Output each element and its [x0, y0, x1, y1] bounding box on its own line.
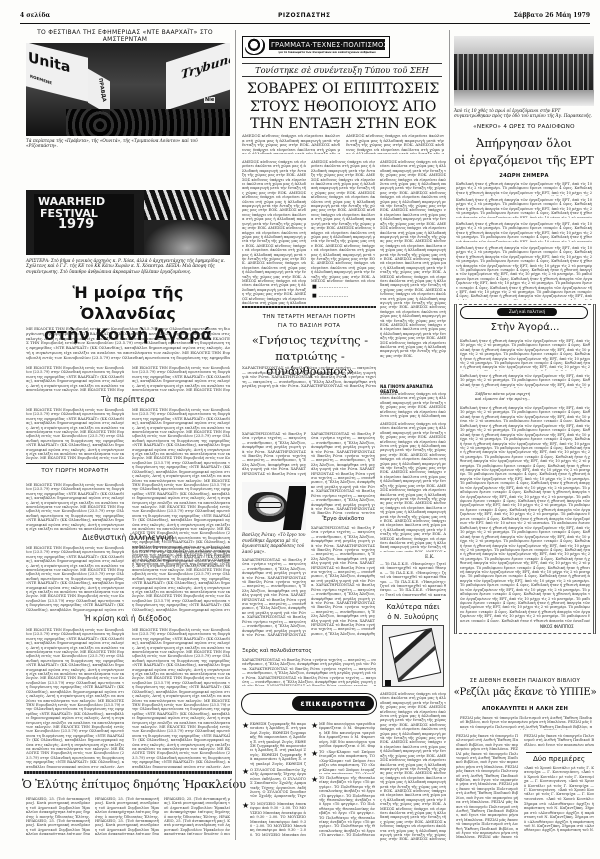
rota-kicker: ΤΗΝ ΤΕΤΑΡΤΗ ΜΕΓΑΛΗ ΓΙΟΡΤΗ ΓΙΑ ΤΟ ΒΑΣΙΛΗ …: [242, 313, 376, 331]
article-body: ΜΕ ΕΚΛΟΓΕΣ ΤΗΝ Ευρωβουλή εντός των Κοινο…: [132, 408, 230, 566]
festival-hall-photo: Unita ROEMENE ПРАВДА Trybuna Nie: [26, 43, 230, 136]
elytis-headline: Ὁ Ἐλύτης ἐπίτιμος δημότης Ἡρακλείου: [22, 777, 234, 791]
book-lead: ΡΕΖΙΛΙ μᾶς ἔκανε τὸ ὑπουργεῖο Πολιτισμοῦ…: [460, 716, 592, 730]
ert-body: Καθολικὴ ἦταν ἡ χθεσινὴ ἀπεργία τῶν ἐργα…: [456, 222, 592, 242]
drama-body: ΑΜΕΣΟΣ κίνδυνος ὑπάρχει νὰ εἰσρεύσει ἀκώ…: [380, 392, 446, 418]
elytis-body: ΗΡΑΚΛΕΙΟ, 25. (Τοῦ ἀνταποκριτῆ μας). Κατ…: [95, 797, 159, 835]
event-item: ★ Ο ΣΥΛΛΟΓΟΣ Σπουδαστῶν Σχολῆς Δραματικῆ…: [242, 768, 306, 802]
bullet-note: ■ ………………: [312, 283, 374, 292]
street: [454, 90, 594, 106]
event-item: ★ ΤΟ ΜΟΥΣΕΙΟ Μπενάκη ἐπισκέψιμο ἀπὸ 9.30…: [242, 802, 306, 836]
star-icon: ★: [242, 802, 249, 810]
rota-body: ΧΑΡΑΚΤΗΡΙΖΟΝΤΑΣ τὸ Βασίλη Ρώτα «γνήσιο τ…: [242, 658, 376, 686]
culture-section-banner: ΓΡΑΜΜΑΤΑ·ΤΕΧΝΕΣ·ΠΟΛΙΤΙΣΜΟΣ για τα δικαιώ…: [242, 36, 390, 58]
byline: ΤΟΥ ΓΙΩΡΓΗ ΜΟΡΑΦΤΗ: [26, 468, 124, 474]
column-body: Καθολικὴ ἦταν ἡ χθεσινὴ ἀπεργία τῶν ἐργα…: [460, 374, 590, 388]
subhead-solidarity: Διεθνιστικὴ ἀλληλεγγύη: [26, 533, 230, 542]
rota-body: ΧΑΡΑΚΤΗΡΙΖΟΝΤΑΣ τὸ Βασίλη Ρώτα «γνήσιο τ…: [242, 432, 306, 476]
rota-body: ΧΑΡΑΚΤΗΡΙΖΟΝΤΑΣ τὸ Βασίλη Ρώτα «γνήσιο τ…: [311, 526, 375, 636]
star-icon: ★: [242, 768, 249, 776]
seh-lead: ΑΜΕΣΟΣ κίνδυνος ὑπάρχει νὰ εἰσρεύσει ἀκώ…: [346, 134, 444, 154]
page-number: 4 σελίδα: [20, 12, 50, 19]
signature: Ε.Κ.: [425, 555, 435, 560]
drama-body: ΑΜΕΣΟΣ κίνδυνος ὑπάρχει νὰ εἰσρεύσει ἀκώ…: [380, 422, 446, 552]
headline-line-1: «Γνήσιος τεχνίτης -: [240, 333, 380, 349]
event-item: ★ ΤΟ Πολυθέατρο τῆς Θεσσαλονίκης ἀνεβάζε…: [311, 776, 375, 836]
seh-lead: ΑΜΕΣΟΣ κίνδυνος ὑπάρχει νὰ εἰσρεύσει ἀκώ…: [242, 134, 340, 154]
star-icon: ★: [311, 776, 318, 784]
ert-strike-photo: [454, 36, 594, 106]
xylouris-headline: Καλύτερα πάει ὁ Ν. Ξυλούρης: [380, 602, 446, 621]
rota-portrait-photo: [242, 482, 306, 530]
column-body: Καθολικὴ ἦταν ἡ χθεσινὴ ἀπεργία τῶν ἐργα…: [460, 406, 590, 422]
seh-body: ΑΜΕΣΟΣ κίνδυνος ὑπάρχει νὰ εἰσρεύσει ἀκώ…: [311, 160, 375, 282]
ert-kicker: «ΝΕΚΡΟ» 4 ΩΡΕΣ ΤΟ ΡΑΔΙΟΦΩΝΟ: [454, 124, 594, 130]
seh-headline: ΣΟΒΑΡΕΣ ΟΙ ΕΠΙΠΤΩΣΕΙΣ ΣΤΟΥΣ ΗΘΟΠΟΙΟΥΣ ΑΠ…: [240, 81, 446, 134]
seh-body: ΑΜΕΣΟΣ κίνδυνος ὑπάρχει νὰ εἰσρεύσει ἀκώ…: [242, 160, 306, 305]
column-rule: [449, 30, 450, 840]
photo-caption-festival: ΑΡΙΣΤΕΡΑ: Στὸ βῆμα ὁ γενικὸς ἀρχηγὸς κ. …: [26, 258, 230, 274]
column-pill: Ζωὴ καὶ πολιτική: [460, 306, 588, 319]
seh-kicker: Τονίστηκε σὲ συνέντευξη Τύπου τοῦ ΣΕΗ: [242, 63, 442, 77]
subhead-crisis: Ἡ κρίση καὶ ἡ διέξοδος: [26, 614, 230, 623]
rota-photo-caption: Βασίλης Ρώτας: «Τὸ ἔργο του συνδέθηκε ἄρ…: [242, 532, 306, 554]
ert-body: Καθολικὴ ἦταν ἡ χθεσινὴ ἀπεργία τῶν ἐργα…: [456, 198, 592, 218]
section-tagline: για τα δικαιώματα των πνευματικών και κα…: [269, 51, 385, 54]
seh-note: ■ ……………… ■ ………………: [312, 283, 374, 301]
headline-line-2: ΣΤΟΥΣ ΗΘΟΠΟΙΟΥΣ ΑΠΟ: [240, 99, 446, 117]
record-cover-photo: [382, 625, 444, 687]
headline-line-1: ΣΟΒΑΡΕΣ ΟΙ ΕΠΙΠΤΩΣΕΙΣ: [240, 81, 446, 99]
headline-line-1: Καλύτερα πάει: [380, 602, 446, 612]
headline-line-1: Ἀπήργησαν ὅλοι: [452, 135, 596, 152]
byline-rule: [26, 463, 124, 464]
article-body: ΜΕ ΕΚΛΟΓΕΣ ΤΗΝ Ευρωβουλή εντός των Κοινο…: [132, 628, 230, 768]
elytis-body: ΗΡΑΚΛΕΙΟ, 25. (Τοῦ ἀνταποκριτῆ μας). Κατ…: [164, 797, 230, 835]
bullet-note: ■ ………………: [312, 292, 374, 301]
book-subhead: ΑΠΟΚΑΛΥΠΤΕΙ Η ΑΛΚΗ ΖΕΗ: [454, 706, 596, 712]
subhead-pavilions: Τὰ περίπτερα: [26, 395, 230, 404]
article-body: ΜΕ ΕΚΛΟΓΕΣ ΤΗΝ Ευρωβουλή εντός των Κοινο…: [26, 408, 124, 460]
column-signature: ΝΙΚΟΣ ΦΙΛΙΠΠΟΣ: [540, 624, 574, 629]
kicker-line-1: ΤΗΝ ΤΕΤΑΡΤΗ ΜΕΓΑΛΗ ΓΙΟΡΤΗ: [242, 313, 376, 322]
rota-body: ΧΑΡΑΚΤΗΡΙΖΟΝΤΑΣ τὸ Βασίλη Ρώτα «γνήσιο τ…: [242, 558, 306, 636]
article-body: ΜΕ ΕΚΛΟΓΕΣ ΤΗΝ Ευρωβουλή εντός των Κοινο…: [26, 366, 124, 392]
section-title: ΓΡΑΜΜΑΤΑ·ΤΕΧΝΕΣ·ΠΟΛΙΤΙΣΜΟΣ: [269, 39, 385, 50]
premiere-item: Σήμερα στὸ «Αλσοθέατρο» ἀρχίζει ἡ παράστ…: [524, 802, 594, 832]
rota-lead: ΧΑΡΑΚΤΗΡΙΖΟΝΤΑΣ τὸ Βασίλη Ρώτα «γνήσιο τ…: [242, 366, 376, 388]
album-cover: [389, 628, 442, 682]
crowd: [454, 54, 594, 90]
festival-kicker: ΤΟ ΦΕΣΤΙΒΑΛ ΤΗΣ ΕΦΗΜΕΡΙΔΑΣ «ΝΤΕ ΒΑΑΡΧΑΪΤ…: [25, 29, 225, 43]
subhead-multidimensional: Ξερὸς καὶ πολυδιάστατος: [242, 648, 332, 654]
column-body: Καθολικὴ ἦταν ἡ χθεσινὴ ἀπεργία τῶν ἐργα…: [460, 339, 590, 371]
event-item: ★ ΕΚΘΕΣΗ ζωγραφικῆς θὰ παρουσιάσει ἡ Ἀρι…: [242, 722, 306, 768]
article-body: ΜΕ ΕΚΛΟΓΕΣ ΤΗΝ Ευρωβουλή εντός των Κοινο…: [26, 628, 124, 768]
events-banner-label: επικαιροτητα: [292, 696, 374, 711]
book-headline: «Ρεζίλι μᾶς ἔκανε τὸ ΥΠΠΕ»: [452, 688, 598, 699]
photo-marker: [385, 680, 391, 686]
kicker-line-2: ΓΙΑ ΤΟ ΒΑΣΙΛΗ ΡΟΤΑ: [242, 322, 376, 331]
column-pill-label: Ζωὴ καὶ πολιτική: [497, 308, 557, 316]
poem-line: καὶ εἴμαστε ἀπ' τὴν πρώτη...: [475, 396, 585, 401]
premieres-head: Δύο πρεμιέρες: [524, 754, 594, 763]
article-body: ΜΕ ΕΚΛΟΓΕΣ ΤΗΝ Ευρωβουλή εντός των Κοινο…: [26, 483, 124, 531]
sign-line-year: 1979: [38, 219, 105, 231]
xylouris-body: ΑΜΕΣΟΣ κίνδυνος ὑπάρχει νὰ εἰσρεύσει ἀκώ…: [380, 692, 446, 842]
ert-subhead: 24ΩΡΗ ΣΗΜΕΡΑ: [454, 173, 594, 179]
section-divider: [526, 752, 592, 753]
netherlands-intro: ΜΕ ΕΚΛΟΓΕΣ ΤΗΝ Ευρωβουλή εντός των Κοινο…: [26, 327, 230, 360]
waarheid-festival-photo: WAARHEID FESTIVAL 1979: [26, 190, 230, 255]
star-icon: ★: [311, 722, 318, 730]
headline-line-3: ΤΗΝ ΕΝΤΑΞΗ ΣΤΗΝ ΕΟΚ: [240, 116, 446, 134]
column-body: Καθολικὴ ἦταν ἡ χθεσινὴ ἀπεργία τῶν ἐργα…: [460, 526, 590, 622]
events-banner: επικαιροτητα: [241, 693, 377, 715]
issue-date: Σάββατο 26 Μάη 1979: [514, 12, 590, 19]
headline-line-2: ὁ Ν. Ξυλούρης: [380, 612, 446, 622]
column-poem: Σάββατο πάντα μέρα σφιχτή καὶ εἴμαστε ἀπ…: [475, 391, 585, 401]
column-body: Καθολικὴ ἦταν ἡ χθεσινὴ ἀπεργία τῶν ἐργα…: [460, 424, 590, 524]
pasok-note: — Τὸ ΠΑ.Σ.Κ.Ε. «Ἠπειρώτης» ζητεῖ νὰ ὑποσ…: [380, 562, 446, 596]
seh-body: ΑΜΕΣΟΣ κίνδυνος ὑπάρχει νὰ εἰσρεύσει ἀκώ…: [380, 160, 446, 380]
section-divider: [242, 306, 376, 308]
events-list-right: ★ ΜΕ δύο καινούργια τραγούδια ἐμφανίζετα…: [311, 722, 375, 836]
sign-line-waarheid: WAARHEID: [38, 196, 105, 208]
section-divider: [385, 599, 441, 600]
ert-body: Καθολικὴ ἦταν ἡ χθεσινὴ ἀπεργία τῶν ἐργα…: [456, 246, 592, 300]
article-body: ΜΕ ΕΚΛΟΓΕΣ ΤΗΝ Ευρωβουλή εντός των Κοινο…: [132, 366, 230, 392]
events-list-left: ★ ΕΚΘΕΣΗ ζωγραφικῆς θὰ παρουσιάσει ἡ Ἀρι…: [242, 722, 306, 836]
section-divider: [24, 771, 232, 774]
article-body: ΜΕ ΕΚΛΟΓΕΣ ΤΗΝ Ευρωβουλή εντός των Κοινο…: [26, 546, 124, 612]
rota-body: ΧΑΡΑΚΤΗΡΙΖΟΝΤΑΣ τὸ Βασίλη Ρώτα «γνήσιο τ…: [311, 432, 375, 514]
column-rule: [235, 30, 236, 840]
ert-headline: Ἀπήργησαν ὅλοι οἱ ἐργαζόμενοι τῆς ΕΡΤ: [452, 135, 596, 169]
star-icon: ★: [311, 750, 318, 758]
portrait-shoulder: [283, 486, 306, 530]
book-kicker: ΣΕ ΔΙΕΘΝΗ ΕΚΘΕΣΗ ΠΑΙΔΙΚΟΥ ΒΙΒΛΙΟΥ: [454, 678, 596, 684]
ert-body: Καθολικὴ ἦταν ἡ χθεσινὴ ἀπεργία τῶν ἐργα…: [456, 182, 592, 196]
festival-sign: WAARHEID FESTIVAL 1979: [38, 196, 105, 231]
ert-photo-caption: Ἀπὸ τὶς 10 χθὲς τὸ πρωὶ οἱ ἐργαζόμενοι σ…: [454, 108, 594, 119]
subhead-unpublished: Ἔργο ἀνέκδοτο: [311, 516, 375, 522]
masthead: 4 σελίδα ΡΙΖΟΣΠΑΣΤΗΣ Σάββατο 26 Μάη 1979: [20, 10, 590, 24]
elytis-body: ΗΡΑΚΛΕΙΟ, 25. (Τοῦ ἀνταποκριτῆ μας). Κατ…: [26, 797, 90, 835]
newspaper-name: ΡΙΖΟΣΠΑΣΤΗΣ: [275, 12, 334, 19]
headline-line-1: Ἡ μοίρα τῆς Ὀλλανδίας: [26, 282, 230, 324]
photo-caption-pavilions: Τὰ περίπτερα τῆς «Πράβντα», τῆς «Ουνιτά»…: [26, 138, 230, 149]
portrait-glasses: [254, 502, 282, 508]
article-body: ΜΕ ΕΚΛΟΓΕΣ ΤΗΝ Ευρωβουλή εντός των Κοινο…: [132, 546, 230, 612]
headline-line-2: οἱ ἐργαζόμενοι τῆς ΕΡΤ: [452, 152, 596, 169]
theater-mask-icon: [245, 38, 265, 55]
star-icon: ★: [242, 722, 249, 730]
event-item: ★ ΜΕ δύο καινούργια τραγούδια ἐμφανίζετα…: [311, 722, 375, 750]
event-item: ★ ΤΟ «Χορ-Κλαμπ» τοῦ Σπύρου ἐτοιμάζει νέ…: [311, 750, 375, 776]
sign-nie: Nie: [204, 97, 215, 103]
premiere-item: «Ἀπὸ τὸ Χρυσὸ Κουτάλι» μὲ τοὺς Γ. Κατσιμ…: [524, 766, 594, 800]
column-title: Στὴν Ἀγορά...: [456, 322, 594, 333]
book-body: ΡΕΖΙΛΙ μᾶς ἔκανε τὸ ὑπουργεῖο Πολιτισμοῦ…: [456, 734, 518, 838]
book-body: ΡΕΖΙΛΙ μᾶς ἔκανε τὸ ὑπουργεῖο Πολιτισμοῦ…: [524, 734, 594, 746]
